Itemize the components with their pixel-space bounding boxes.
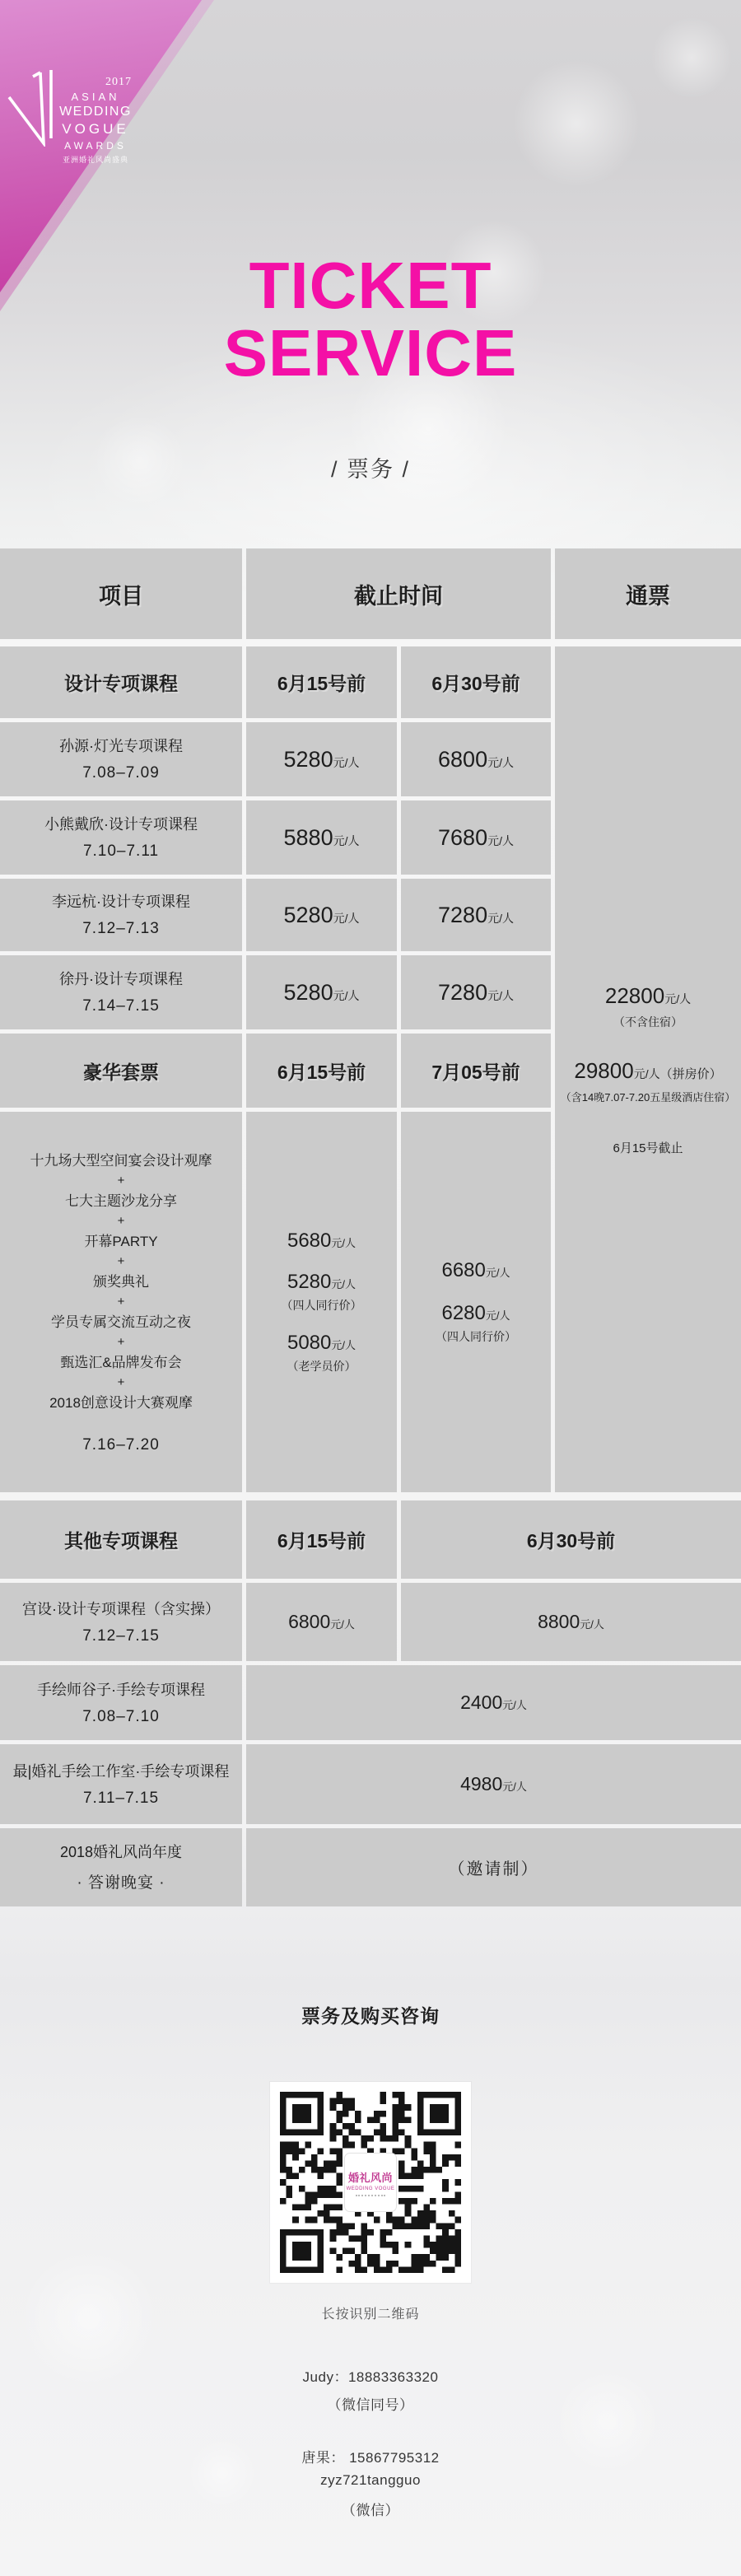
contact-judy-note: （微信同号） (0, 2393, 741, 2414)
brand-asian: ASIAN (71, 91, 119, 103)
course-price: 5280元/人 (246, 955, 397, 1029)
qr-caption: 长按识别二维码 (0, 2303, 741, 2322)
course-price: 7280元/人 (401, 879, 551, 951)
pass-cell: 22800元/人 （不含住宿） 29800元/人（拼房价） （含14晚7.07-… (555, 646, 741, 1492)
page-title-line1: TICKET (0, 252, 741, 320)
pass-price-1: 22800元/人 (605, 983, 691, 1009)
deluxe-package-contents: 十九场大型空间宴会设计观摩 + 七大主题沙龙分享 + 开幕PARTY + 颁奖典… (0, 1112, 242, 1492)
course-price: 7280元/人 (401, 955, 551, 1029)
course-price: 5880元/人 (246, 800, 397, 875)
course-row-title: 2018婚礼风尚年度 · 答谢晚宴 · (0, 1828, 242, 1906)
header-project: 项目 (0, 548, 242, 639)
deluxe-deadline-1: 6月15号前 (246, 1034, 397, 1108)
qr-center-logo: 婚礼风尚 WEDDING VOGUE (344, 2153, 397, 2212)
pass-deadline: 6月15号截止 (613, 1139, 683, 1156)
pass-note-1: （不含住宿） (613, 1014, 683, 1030)
course-price: 4980元/人 (246, 1744, 741, 1824)
course-price: 7680元/人 (401, 800, 551, 875)
invite-only-cell: （邀请制） (246, 1828, 741, 1906)
course-price: 2400元/人 (246, 1665, 741, 1740)
course-row-title: 李远杭·设计专项课程 7.12–7.13 (0, 879, 242, 951)
design-deadline-2: 6月30号前 (401, 646, 551, 718)
brand-vogue: VOGUE (62, 121, 128, 138)
contact-tangguo: 唐果： 15867795312 (0, 2446, 741, 2466)
page-title: TICKET SERVICE (0, 252, 741, 387)
course-row-title: 宫设·设计专项课程（含实操） 7.12–7.15 (0, 1583, 242, 1661)
brand-year: 2017 (105, 76, 132, 89)
course-price: 8800元/人 (401, 1583, 741, 1661)
footer-heading: 票务及购买咨询 (0, 2001, 741, 2028)
contact-tangguo-wechat-id: zyz721tangguo (0, 2472, 741, 2489)
course-row-title: 手绘师谷子·手绘专项课程 7.08–7.10 (0, 1665, 242, 1740)
course-price: 6800元/人 (246, 1583, 397, 1661)
header-deadline: 截止时间 (246, 548, 551, 639)
deluxe-section-label: 豪华套票 (0, 1034, 242, 1108)
brand-awards: AWARDS (64, 140, 127, 152)
course-row-title: 小熊戴欣·设计专项课程 7.10–7.11 (0, 800, 242, 875)
other-section-label: 其他专项课程 (0, 1500, 242, 1579)
course-price: 5280元/人 (246, 722, 397, 796)
brand-wedding: WEDDING (59, 105, 132, 119)
brand-chinese: 亚洲婚礼风尚盛典 (63, 154, 128, 165)
course-row-title: 最|婚礼手绘工作室·手绘专项课程 7.11–7.15 (0, 1744, 242, 1824)
page-title-line2: SERVICE (0, 320, 741, 387)
deluxe-date: 7.16–7.20 (82, 1436, 160, 1454)
design-section-label: 设计专项课程 (0, 646, 242, 718)
qr-code: 婚礼风尚 WEDDING VOGUE (270, 2082, 471, 2283)
course-price: 6800元/人 (401, 722, 551, 796)
pass-note-2: （含14晚7.07-7.20五星级酒店住宿） (561, 1089, 735, 1104)
brand-logo: 2017 ASIAN WEDDING VOGUE AWARDS 亚洲婚礼风尚盛典 (0, 0, 189, 165)
deluxe-early-prices: 5680元/人 5280元/人 （四人同行价） 5080元/人 （老学员价） (246, 1112, 397, 1492)
course-row-title: 孙源·灯光专项课程 7.08–7.09 (0, 722, 242, 796)
header-pass: 通票 (555, 548, 741, 639)
deluxe-late-prices: 6680元/人 6280元/人 （四人同行价） (401, 1112, 551, 1492)
course-row-title: 徐丹·设计专项课程 7.14–7.15 (0, 955, 242, 1029)
deluxe-deadline-2: 7月05号前 (401, 1034, 551, 1108)
qr-logo-divider (356, 2195, 385, 2196)
contact-judy: Judy：18883363320 (0, 2365, 741, 2386)
pass-price-2: 29800元/人（拼房价） (574, 1058, 721, 1084)
design-deadline-1: 6月15号前 (246, 646, 397, 718)
other-deadline-2: 6月30号前 (401, 1500, 741, 1579)
other-deadline-1: 6月15号前 (246, 1500, 397, 1579)
course-price: 5280元/人 (246, 879, 397, 951)
contact-tangguo-note: （微信） (0, 2499, 741, 2519)
page-subtitle: / 票务 / (0, 451, 741, 483)
